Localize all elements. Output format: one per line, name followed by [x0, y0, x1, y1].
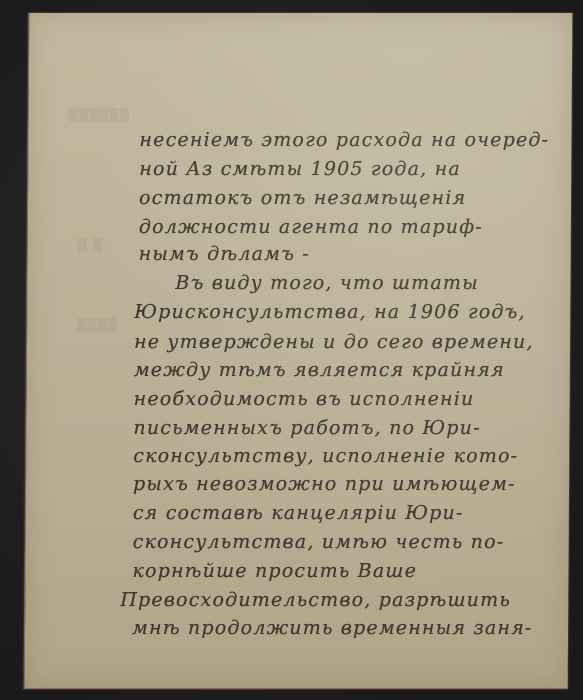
text-line: письменныхъ работъ, по Юри- [133, 419, 480, 438]
text-line: остатокъ отъ незамѣщенiя [139, 189, 466, 208]
paper-sheet: ▒▒▒▒▒▒ ▒ ▒ ▒▒▒▒ несенiемъ этого расхода … [24, 13, 573, 689]
text-line: рыхъ невозможно при имѣющем- [133, 475, 516, 494]
text-line: необходимость въ исполненiи [134, 390, 475, 409]
text-line: сконсультству, исполненiе кото- [133, 447, 518, 466]
dark-background-frame: ▒▒▒▒▒▒ ▒ ▒ ▒▒▒▒ несенiемъ этого расхода … [0, 0, 583, 700]
text-line: не утверждены и до сего времени, [134, 333, 534, 352]
text-line: нымъ дѣламъ - [139, 245, 310, 264]
text-line: Въ виду того, что штаты [175, 274, 479, 293]
text-line: должности агента по тариф- [139, 218, 483, 237]
text-line: сконсультства, имѣю честь по- [133, 533, 505, 552]
text-line: Превосходительство, разрѣшить [120, 591, 511, 610]
text-line: корнѣйше просить Ваше [132, 562, 417, 581]
text-line: мнѣ продолжить временныя заня- [132, 619, 533, 638]
text-line: несенiемъ этого расхода на очеред- [139, 131, 549, 150]
text-line: ся составѣ канцелярiи Юри- [133, 504, 464, 523]
handwritten-text-body: несенiемъ этого расхода на очеред- ной А… [25, 13, 573, 688]
text-line: между тѣмъ является крайняя [134, 361, 505, 380]
text-line: Юрисконсультства, на 1906 годъ, [134, 303, 526, 322]
text-line: ной Аз смѣты 1905 года, на [139, 160, 461, 179]
